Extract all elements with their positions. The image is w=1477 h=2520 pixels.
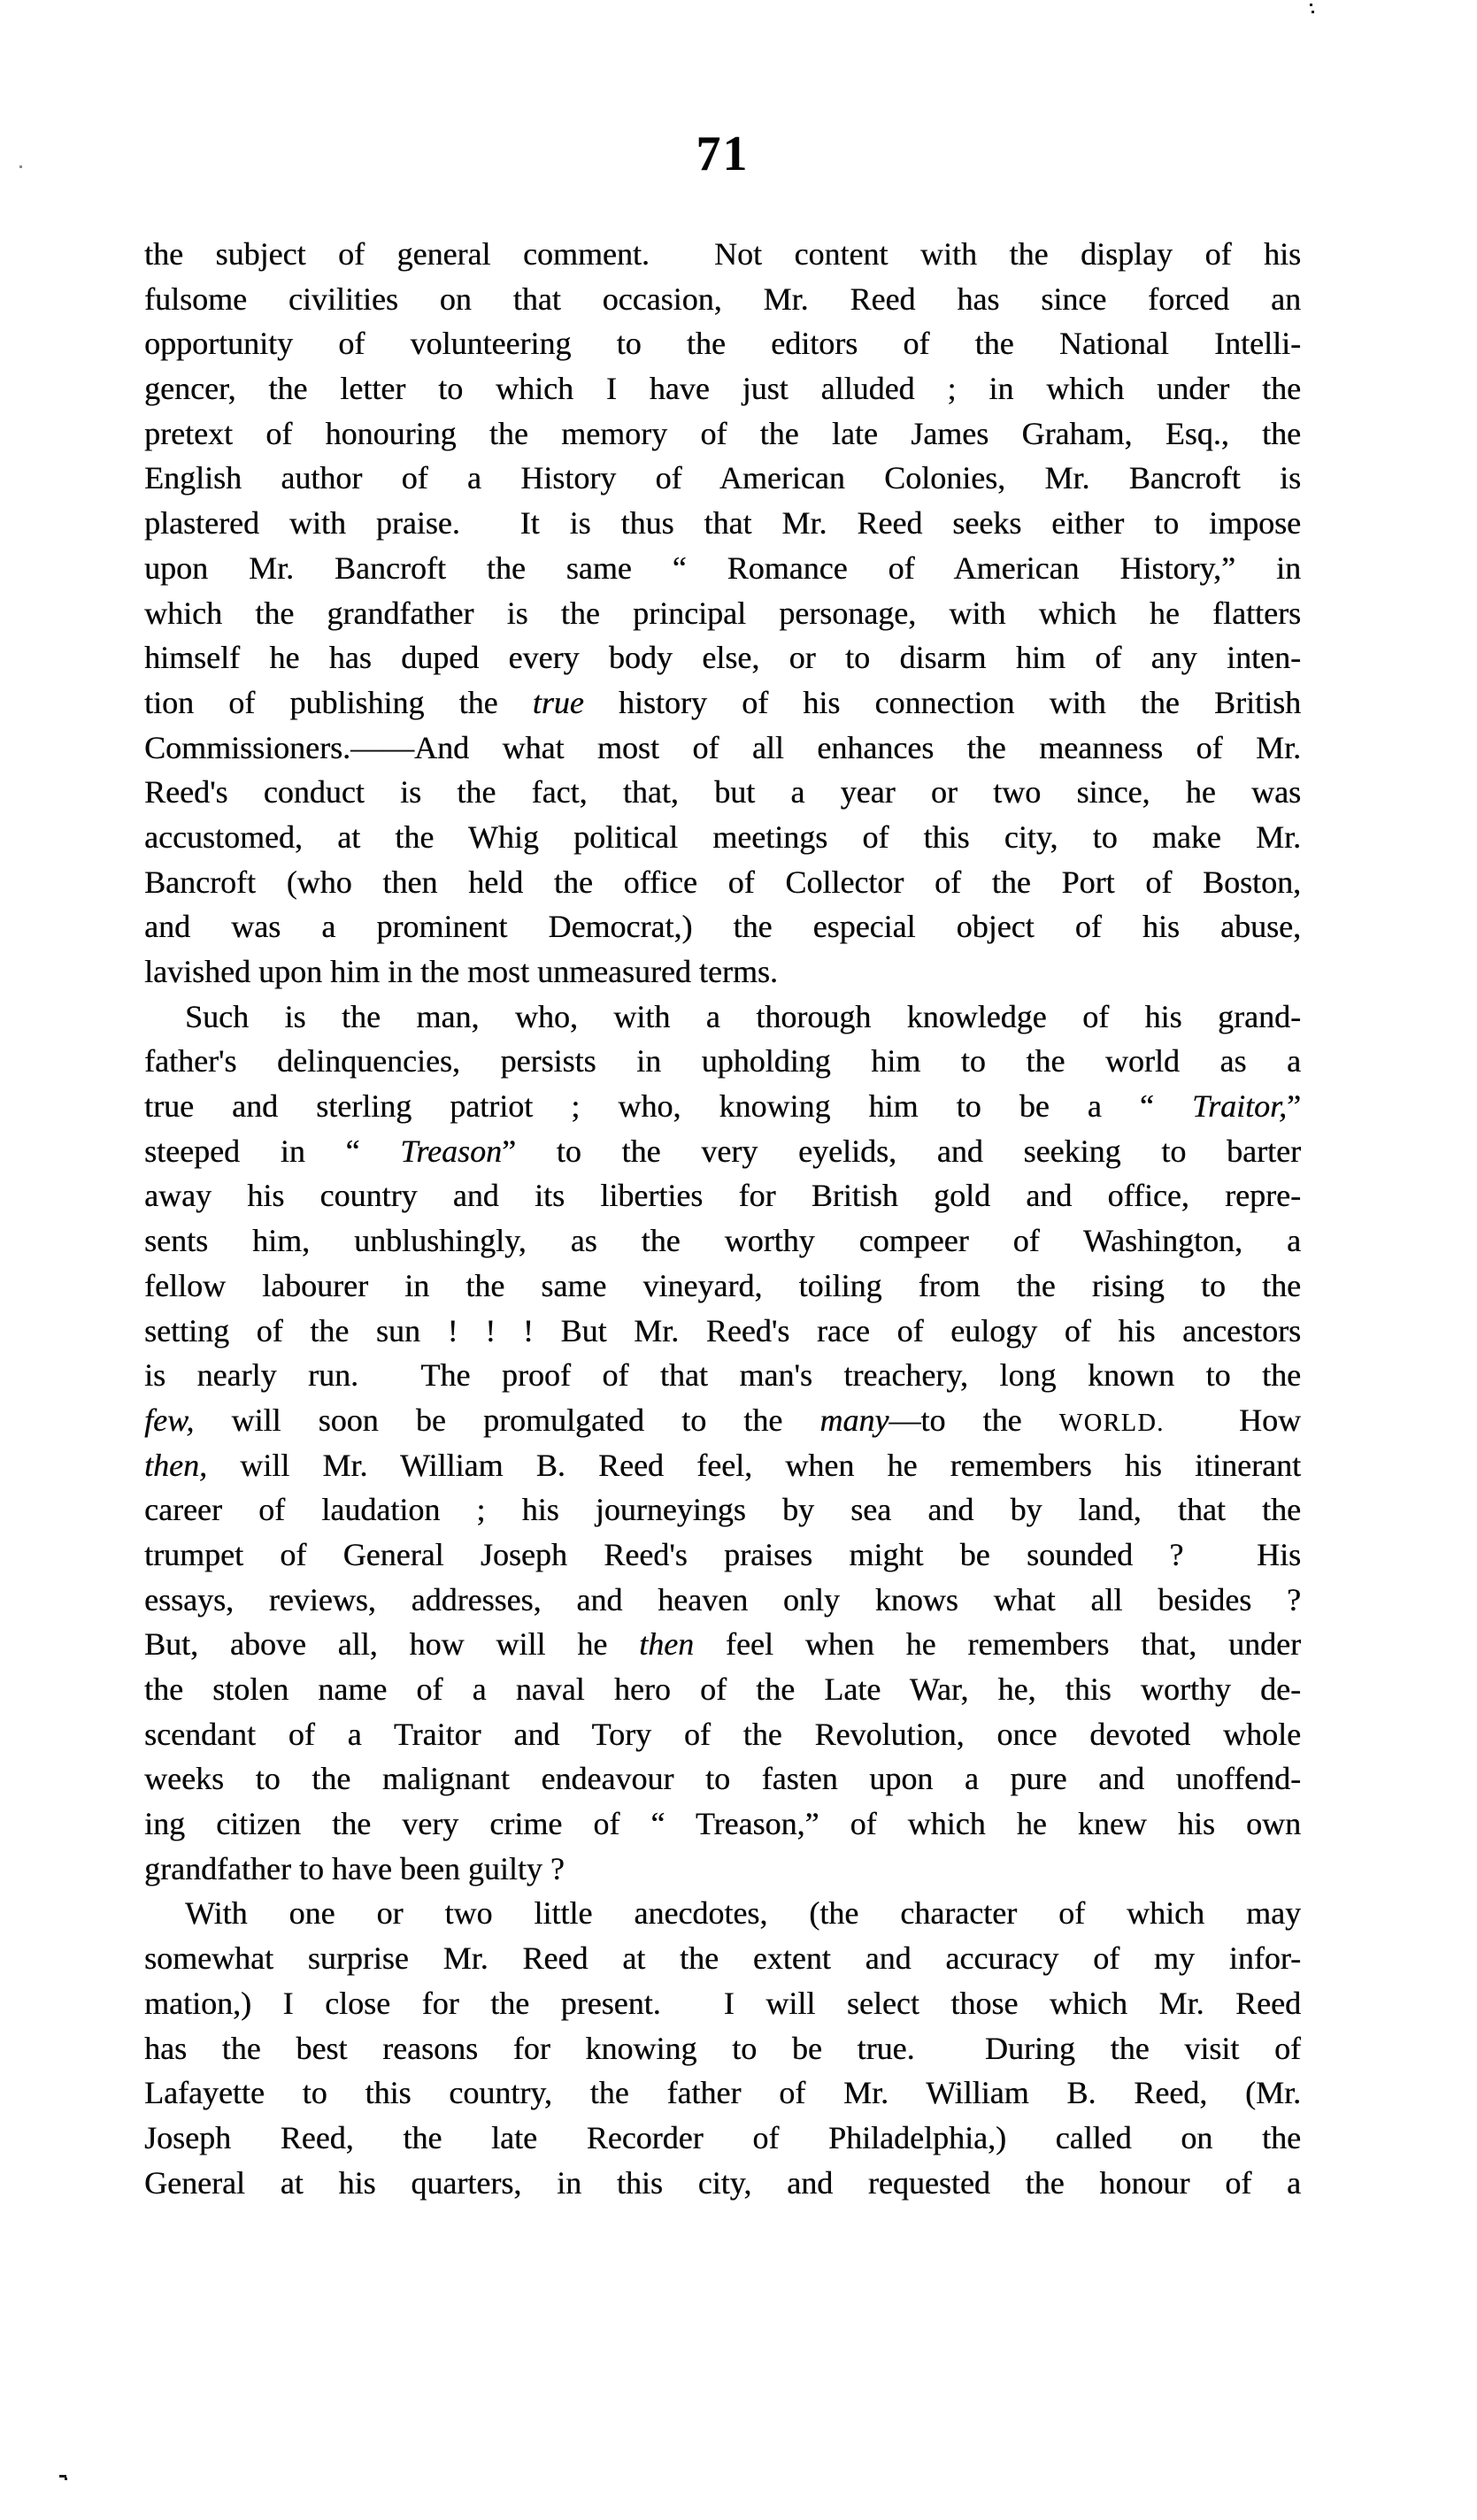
scan-speck (65, 2478, 67, 2480)
text-line: plastered with praise. It is thus that M… (144, 501, 1301, 546)
italic-text: then, (144, 1448, 207, 1483)
text-line: Reed's conduct is the fact, that, but a … (144, 770, 1301, 815)
italic-text: true (533, 685, 584, 720)
text-line: fulsome civilities on that occasion, Mr.… (144, 277, 1301, 322)
text-line: the stolen name of a naval hero of the L… (144, 1667, 1301, 1712)
text-line: English author of a History of American … (144, 456, 1301, 501)
text-line: opportunity of volunteering to the edito… (144, 321, 1301, 366)
text-line: scendant of a Traitor and Tory of the Re… (144, 1712, 1301, 1757)
italic-text: Treason (400, 1133, 502, 1169)
text-line: which the grandfather is the principal p… (144, 591, 1301, 636)
text-line: ing citizen the very crime of “ Treason,… (144, 1802, 1301, 1847)
text-line: and was a prominent Democrat,) the espec… (144, 904, 1301, 949)
text-line: steeped in “ Treason” to the very eyelid… (144, 1129, 1301, 1174)
italic-text: few, (144, 1402, 194, 1438)
text-line: essays, reviews, addresses, and heaven o… (144, 1578, 1301, 1623)
italic-text: many (819, 1402, 889, 1438)
text-line: the subject of general comment. Not cont… (144, 232, 1301, 277)
text-line: sents him, unblushingly, as the worthy c… (144, 1218, 1301, 1264)
scanned-book-page: 71 the subject of general comment. Not c… (0, 0, 1477, 2520)
text-line: Such is the man, who, with a thorough kn… (144, 995, 1301, 1040)
text-line: General at his quarters, in this city, a… (144, 2161, 1301, 2206)
text-line: trumpet of General Joseph Reed's praises… (144, 1533, 1301, 1578)
text-line: is nearly run. The proof of that man's t… (144, 1353, 1301, 1398)
text-line: setting of the sun ! ! ! But Mr. Reed's … (144, 1309, 1301, 1354)
scan-speck (1312, 11, 1314, 13)
text-line: few, will soon be promulgated to the man… (144, 1398, 1301, 1443)
text-line: But, above all, how will he then feel wh… (144, 1622, 1301, 1667)
small-caps-text: WORLD. (1059, 1410, 1165, 1437)
page-text: the subject of general comment. Not cont… (144, 232, 1301, 2205)
text-line: true and sterling patriot ; who, knowing… (144, 1084, 1301, 1129)
text-line: career of laudation ; his journeyings by… (144, 1487, 1301, 1533)
text-line: pretext of honouring the memory of the l… (144, 411, 1301, 457)
text-line: With one or two little anecdotes, (the c… (144, 1891, 1301, 1936)
text-line: fellow labourer in the same vineyard, to… (144, 1264, 1301, 1309)
text-line: accustomed, at the Whig political meetin… (144, 815, 1301, 860)
text-line: mation,) I close for the present. I will… (144, 1981, 1301, 2026)
text-line: somewhat surprise Mr. Reed at the extent… (144, 1936, 1301, 1981)
text-line: upon Mr. Bancroft the same “ Romance of … (144, 546, 1301, 591)
scan-speck (19, 165, 22, 168)
text-line: Lafayette to this country, the father of… (144, 2071, 1301, 2116)
text-line: Commissioners.——And what most of all enh… (144, 726, 1301, 771)
scan-speck (1310, 4, 1312, 6)
page-number: 71 (144, 129, 1301, 179)
text-line: Bancroft (who then held the office of Co… (144, 860, 1301, 905)
text-line: Joseph Reed, the late Recorder of Philad… (144, 2116, 1301, 2161)
text-line: away his country and its liberties for B… (144, 1173, 1301, 1218)
text-line: lavished upon him in the most unmeasured… (144, 949, 1301, 995)
text-line: weeks to the malignant endeavour to fast… (144, 1756, 1301, 1802)
text-line: tion of publishing the true history of h… (144, 680, 1301, 726)
italic-text: Traitor, (1192, 1088, 1287, 1124)
text-line: father's delinquencies, persists in upho… (144, 1039, 1301, 1084)
text-line: himself he has duped every body else, or… (144, 635, 1301, 680)
italic-text: then (639, 1626, 694, 1662)
text-line: then, will Mr. William B. Reed feel, whe… (144, 1443, 1301, 1488)
text-line: gencer, the letter to which I have just … (144, 366, 1301, 411)
text-line: has the best reasons for knowing to be t… (144, 2026, 1301, 2071)
text-line: grandfather to have been guilty ? (144, 1847, 1301, 1892)
